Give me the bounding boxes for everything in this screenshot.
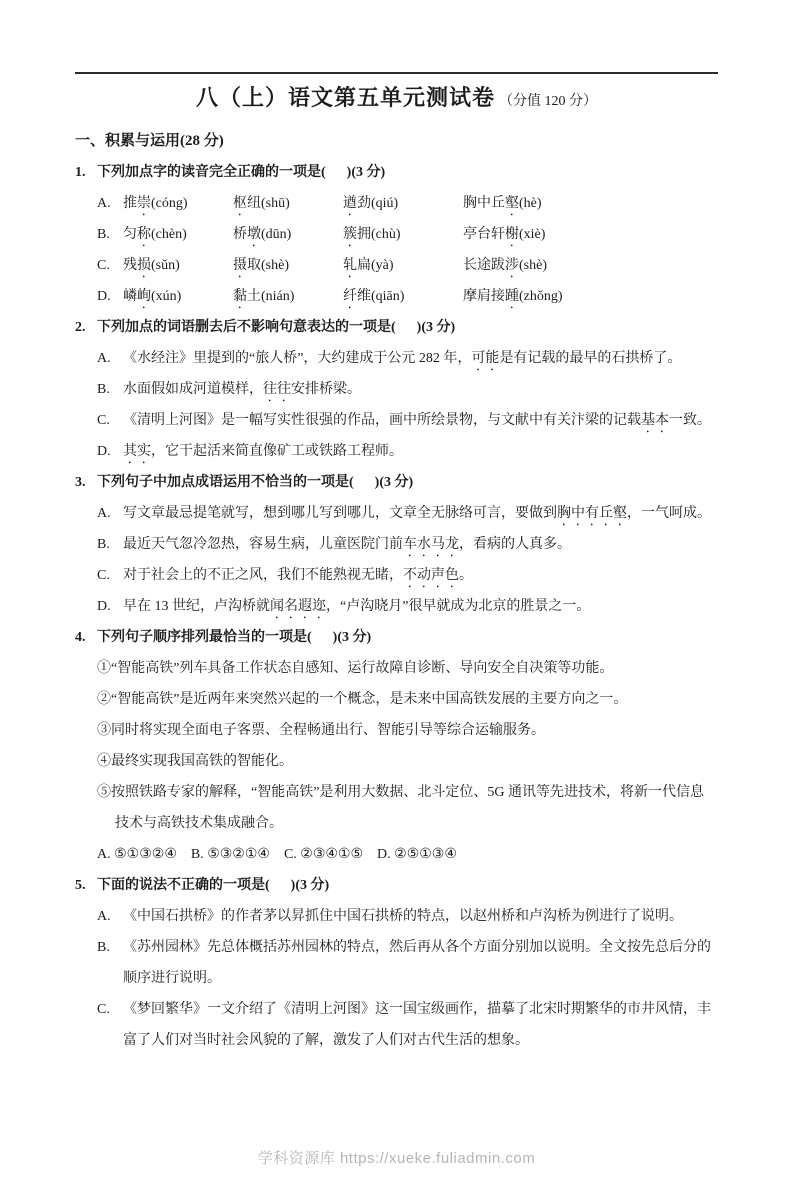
question-number: 2. [75,312,97,343]
pinyin-item: 纤维(qiān) [343,281,463,312]
question-3: 3.下列句子中加点成语运用不恰当的一项是( )(3 分) A. 写文章最忌提笔就… [75,467,718,622]
question-4-sentence-3: ③同时将实现全面电子客票、全程畅通出行、智能引导等综合运输服务。 [75,715,718,746]
pinyin-item: 胸中丘壑(hè) [463,188,718,219]
question-stem-text: 下列加点字的读音完全正确的一项是( )(3 分) [97,157,385,188]
test-paper-page: 八（上）语文第五单元测试卷（分值 120 分） 一、积累与运用(28 分) 1.… [0,72,793,1194]
question-3-option-b: B. 最近天气忽冷忽热，容易生病，儿童医院门前车水马龙，看病的人真多。 [75,529,718,560]
option-items: 嶙峋(xún) 黏土(nián) 纤维(qiān) 摩肩接踵(zhǒng) [123,281,718,312]
option-letter: C. [97,250,123,281]
question-stem-text: 下列句子顺序排列最恰当的一项是( )(3 分) [97,622,371,653]
pinyin-item: 黏土(nián) [233,281,343,312]
option-letter: B. [97,932,123,994]
section-heading: 一、积累与运用(28 分) [75,126,718,157]
question-number: 1. [75,157,97,188]
question-2-option-c: C. 《清明上河图》是一幅写实性很强的作品，画中所绘景物，与文献中有关汴梁的记载… [75,405,718,436]
pinyin-item: 残损(sǔn) [123,250,233,281]
option-text: 写文章最忌提笔就写，想到哪儿写到哪儿，文章全无脉络可言，要做到胸中有丘壑，一气呵… [123,498,718,529]
question-stem-text: 下面的说法不正确的一项是( )(3 分) [97,870,329,901]
pinyin-item: 嶙峋(xún) [123,281,233,312]
question-1: 1.下列加点字的读音完全正确的一项是( )(3 分) A. 推崇(cóng) 枢… [75,157,718,312]
question-2-option-d: D. 其实，它干起活来简直像矿工或铁路工程师。 [75,436,718,467]
option-letter: C. [97,560,123,591]
question-1-option-a: A. 推崇(cóng) 枢纽(shū) 遒劲(qiú) 胸中丘壑(hè) [75,188,718,219]
pinyin-item: 摩肩接踵(zhǒng) [463,281,718,312]
pinyin-item: 匀称(chèn) [123,219,233,250]
option-letter: A. [97,188,123,219]
question-2-stem: 2.下列加点的词语删去后不影响句意表达的一项是( )(3 分) [75,312,718,343]
pinyin-item: 桥墩(dūn) [233,219,343,250]
option-letter: C. [97,994,123,1056]
question-number: 4. [75,622,97,653]
question-4-answer-choices: A. ⑤①③②④ B. ⑤③②①④ C. ②③④①⑤ D. ②⑤①③④ [75,839,718,870]
question-2-option-a: A. 《水经注》里提到的“旅人桥”，大约建成于公元 282 年，可能是有记载的最… [75,343,718,374]
question-3-option-c: C. 对于社会上的不正之风，我们不能熟视无睹，不动声色。 [75,560,718,591]
question-3-option-a: A. 写文章最忌提笔就写，想到哪儿写到哪儿，文章全无脉络可言，要做到胸中有丘壑，… [75,498,718,529]
option-letter: B. [97,219,123,250]
question-1-option-d: D. 嶙峋(xún) 黏土(nián) 纤维(qiān) 摩肩接踵(zhǒng) [75,281,718,312]
question-number: 3. [75,467,97,498]
pinyin-item: 长途跋涉(shè) [463,250,718,281]
option-items: 匀称(chèn) 桥墩(dūn) 簇拥(chù) 亭台轩榭(xiè) [123,219,718,250]
pinyin-item: 摄取(shè) [233,250,343,281]
question-4: 4.下列句子顺序排列最恰当的一项是( )(3 分) ①“智能高铁”列车具备工作状… [75,622,718,870]
pinyin-item: 簇拥(chù) [343,219,463,250]
option-letter: B. [97,374,123,405]
paper-title: 八（上）语文第五单元测试卷（分值 120 分） [75,82,718,118]
question-3-stem: 3.下列句子中加点成语运用不恰当的一项是( )(3 分) [75,467,718,498]
question-5: 5.下面的说法不正确的一项是( )(3 分) A. 《中国石拱桥》的作者茅以昇抓… [75,870,718,1056]
question-3-option-d: D. 早在 13 世纪，卢沟桥就闻名遐迩，“卢沟晓月”很早就成为北京的胜景之一。 [75,591,718,622]
option-letter: D. [97,281,123,312]
option-letter: C. [97,405,123,436]
option-text: 《梦回繁华》一文介绍了《清明上河图》这一国宝级画作，描摹了北宋时期繁华的市井风情… [123,994,718,1056]
option-text: 最近天气忽冷忽热，容易生病，儿童医院门前车水马龙，看病的人真多。 [123,529,718,560]
question-5-stem: 5.下面的说法不正确的一项是( )(3 分) [75,870,718,901]
pinyin-item: 推崇(cóng) [123,188,233,219]
question-2: 2.下列加点的词语删去后不影响句意表达的一项是( )(3 分) A. 《水经注》… [75,312,718,467]
option-text: 《清明上河图》是一幅写实性很强的作品，画中所绘景物，与文献中有关汴梁的记载基本一… [123,405,718,436]
question-4-sentence-4: ④最终实现我国高铁的智能化。 [75,746,718,777]
option-letter: A. [97,498,123,529]
question-5-option-a: A. 《中国石拱桥》的作者茅以昇抓住中国石拱桥的特点，以赵州桥和卢沟桥为例进行了… [75,901,718,932]
question-4-sentence-2: ②“智能高铁”是近两年来突然兴起的一个概念，是未来中国高铁发展的主要方向之一。 [75,684,718,715]
option-text: 《水经注》里提到的“旅人桥”，大约建成于公元 282 年，可能是有记载的最早的石… [123,343,718,374]
paper-title-text: 八（上）语文第五单元测试卷 [196,85,495,110]
pinyin-item: 遒劲(qiú) [343,188,463,219]
option-letter: D. [97,591,123,622]
question-5-option-b: B. 《苏州园林》先总体概括苏州园林的特点，然后再从各个方面分别加以说明。全文按… [75,932,718,994]
option-text: 对于社会上的不正之风，我们不能熟视无睹，不动声色。 [123,560,718,591]
question-1-stem: 1.下列加点字的读音完全正确的一项是( )(3 分) [75,157,718,188]
option-letter: B. [97,529,123,560]
question-4-sentence-1: ①“智能高铁”列车具备工作状态自感知、运行故障自诊断、导向安全自决策等功能。 [75,653,718,684]
question-stem-text: 下列加点的词语删去后不影响句意表达的一项是( )(3 分) [97,312,455,343]
watermark-footer: 学科资源库 https://xueke.fuliadmin.com [0,1147,793,1168]
option-letter: A. [97,901,123,932]
option-text: 水面假如成河道模样，往往安排桥梁。 [123,374,718,405]
pinyin-item: 亭台轩榭(xiè) [463,219,718,250]
question-1-option-c: C. 残损(sǔn) 摄取(shè) 轧扁(yà) 长途跋涉(shè) [75,250,718,281]
pinyin-item: 枢纽(shū) [233,188,343,219]
question-2-option-b: B. 水面假如成河道模样，往往安排桥梁。 [75,374,718,405]
option-text: 《中国石拱桥》的作者茅以昇抓住中国石拱桥的特点，以赵州桥和卢沟桥为例进行了说明。 [123,901,718,932]
option-text: 《苏州园林》先总体概括苏州园林的特点，然后再从各个方面分别加以说明。全文按先总后… [123,932,718,994]
option-letter: A. [97,343,123,374]
question-4-sentence-5: ⑤按照铁路专家的解释，“智能高铁”是利用大数据、北斗定位、5G 通讯等先进技术，… [75,777,718,839]
question-1-option-b: B. 匀称(chèn) 桥墩(dūn) 簇拥(chù) 亭台轩榭(xiè) [75,219,718,250]
option-text: 其实，它干起活来简直像矿工或铁路工程师。 [123,436,718,467]
header-rule [75,72,718,74]
option-items: 残损(sǔn) 摄取(shè) 轧扁(yà) 长途跋涉(shè) [123,250,718,281]
question-4-stem: 4.下列句子顺序排列最恰当的一项是( )(3 分) [75,622,718,653]
option-items: 推崇(cóng) 枢纽(shū) 遒劲(qiú) 胸中丘壑(hè) [123,188,718,219]
pinyin-item: 轧扁(yà) [343,250,463,281]
question-5-option-c: C. 《梦回繁华》一文介绍了《清明上河图》这一国宝级画作，描摹了北宋时期繁华的市… [75,994,718,1056]
question-number: 5. [75,870,97,901]
question-stem-text: 下列句子中加点成语运用不恰当的一项是( )(3 分) [97,467,413,498]
paper-score-note: （分值 120 分） [499,94,597,109]
option-text: 早在 13 世纪，卢沟桥就闻名遐迩，“卢沟晓月”很早就成为北京的胜景之一。 [123,591,718,622]
option-letter: D. [97,436,123,467]
